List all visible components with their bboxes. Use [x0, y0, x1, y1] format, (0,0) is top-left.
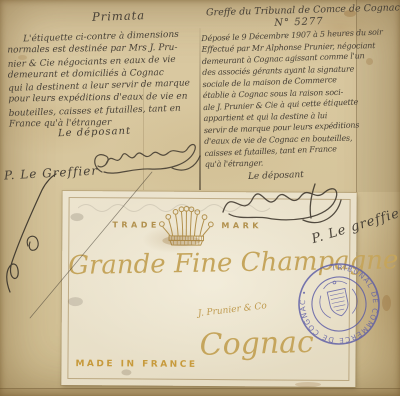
right-deposant-signature: [215, 178, 350, 226]
stamp-ring-text: TRIBUNAL DE COMMERCE DE COGNAC •: [290, 255, 388, 353]
margin-signature: [0, 150, 170, 345]
tribunal-stamp: TRIBUNAL DE COMMERCE DE COGNAC •: [283, 248, 394, 359]
left-column-text: L'étiquette ci-contre à dimensions norma…: [7, 29, 203, 131]
right-column-text: Déposé le 9 Décembre 1907 à 5 heures du …: [201, 28, 377, 171]
scanned-trademark-document: Primata L'étiquette ci-contre à dimensio…: [0, 0, 400, 396]
made-in-france-text: MADE IN FRANCE: [75, 359, 197, 370]
bottom-paper-edge: [0, 388, 400, 396]
svg-text:TRIBUNAL DE COMMERCE DE COGNAC: TRIBUNAL DE COMMERCE DE COGNAC •: [290, 255, 388, 353]
primata-heading: Primata: [92, 8, 146, 24]
